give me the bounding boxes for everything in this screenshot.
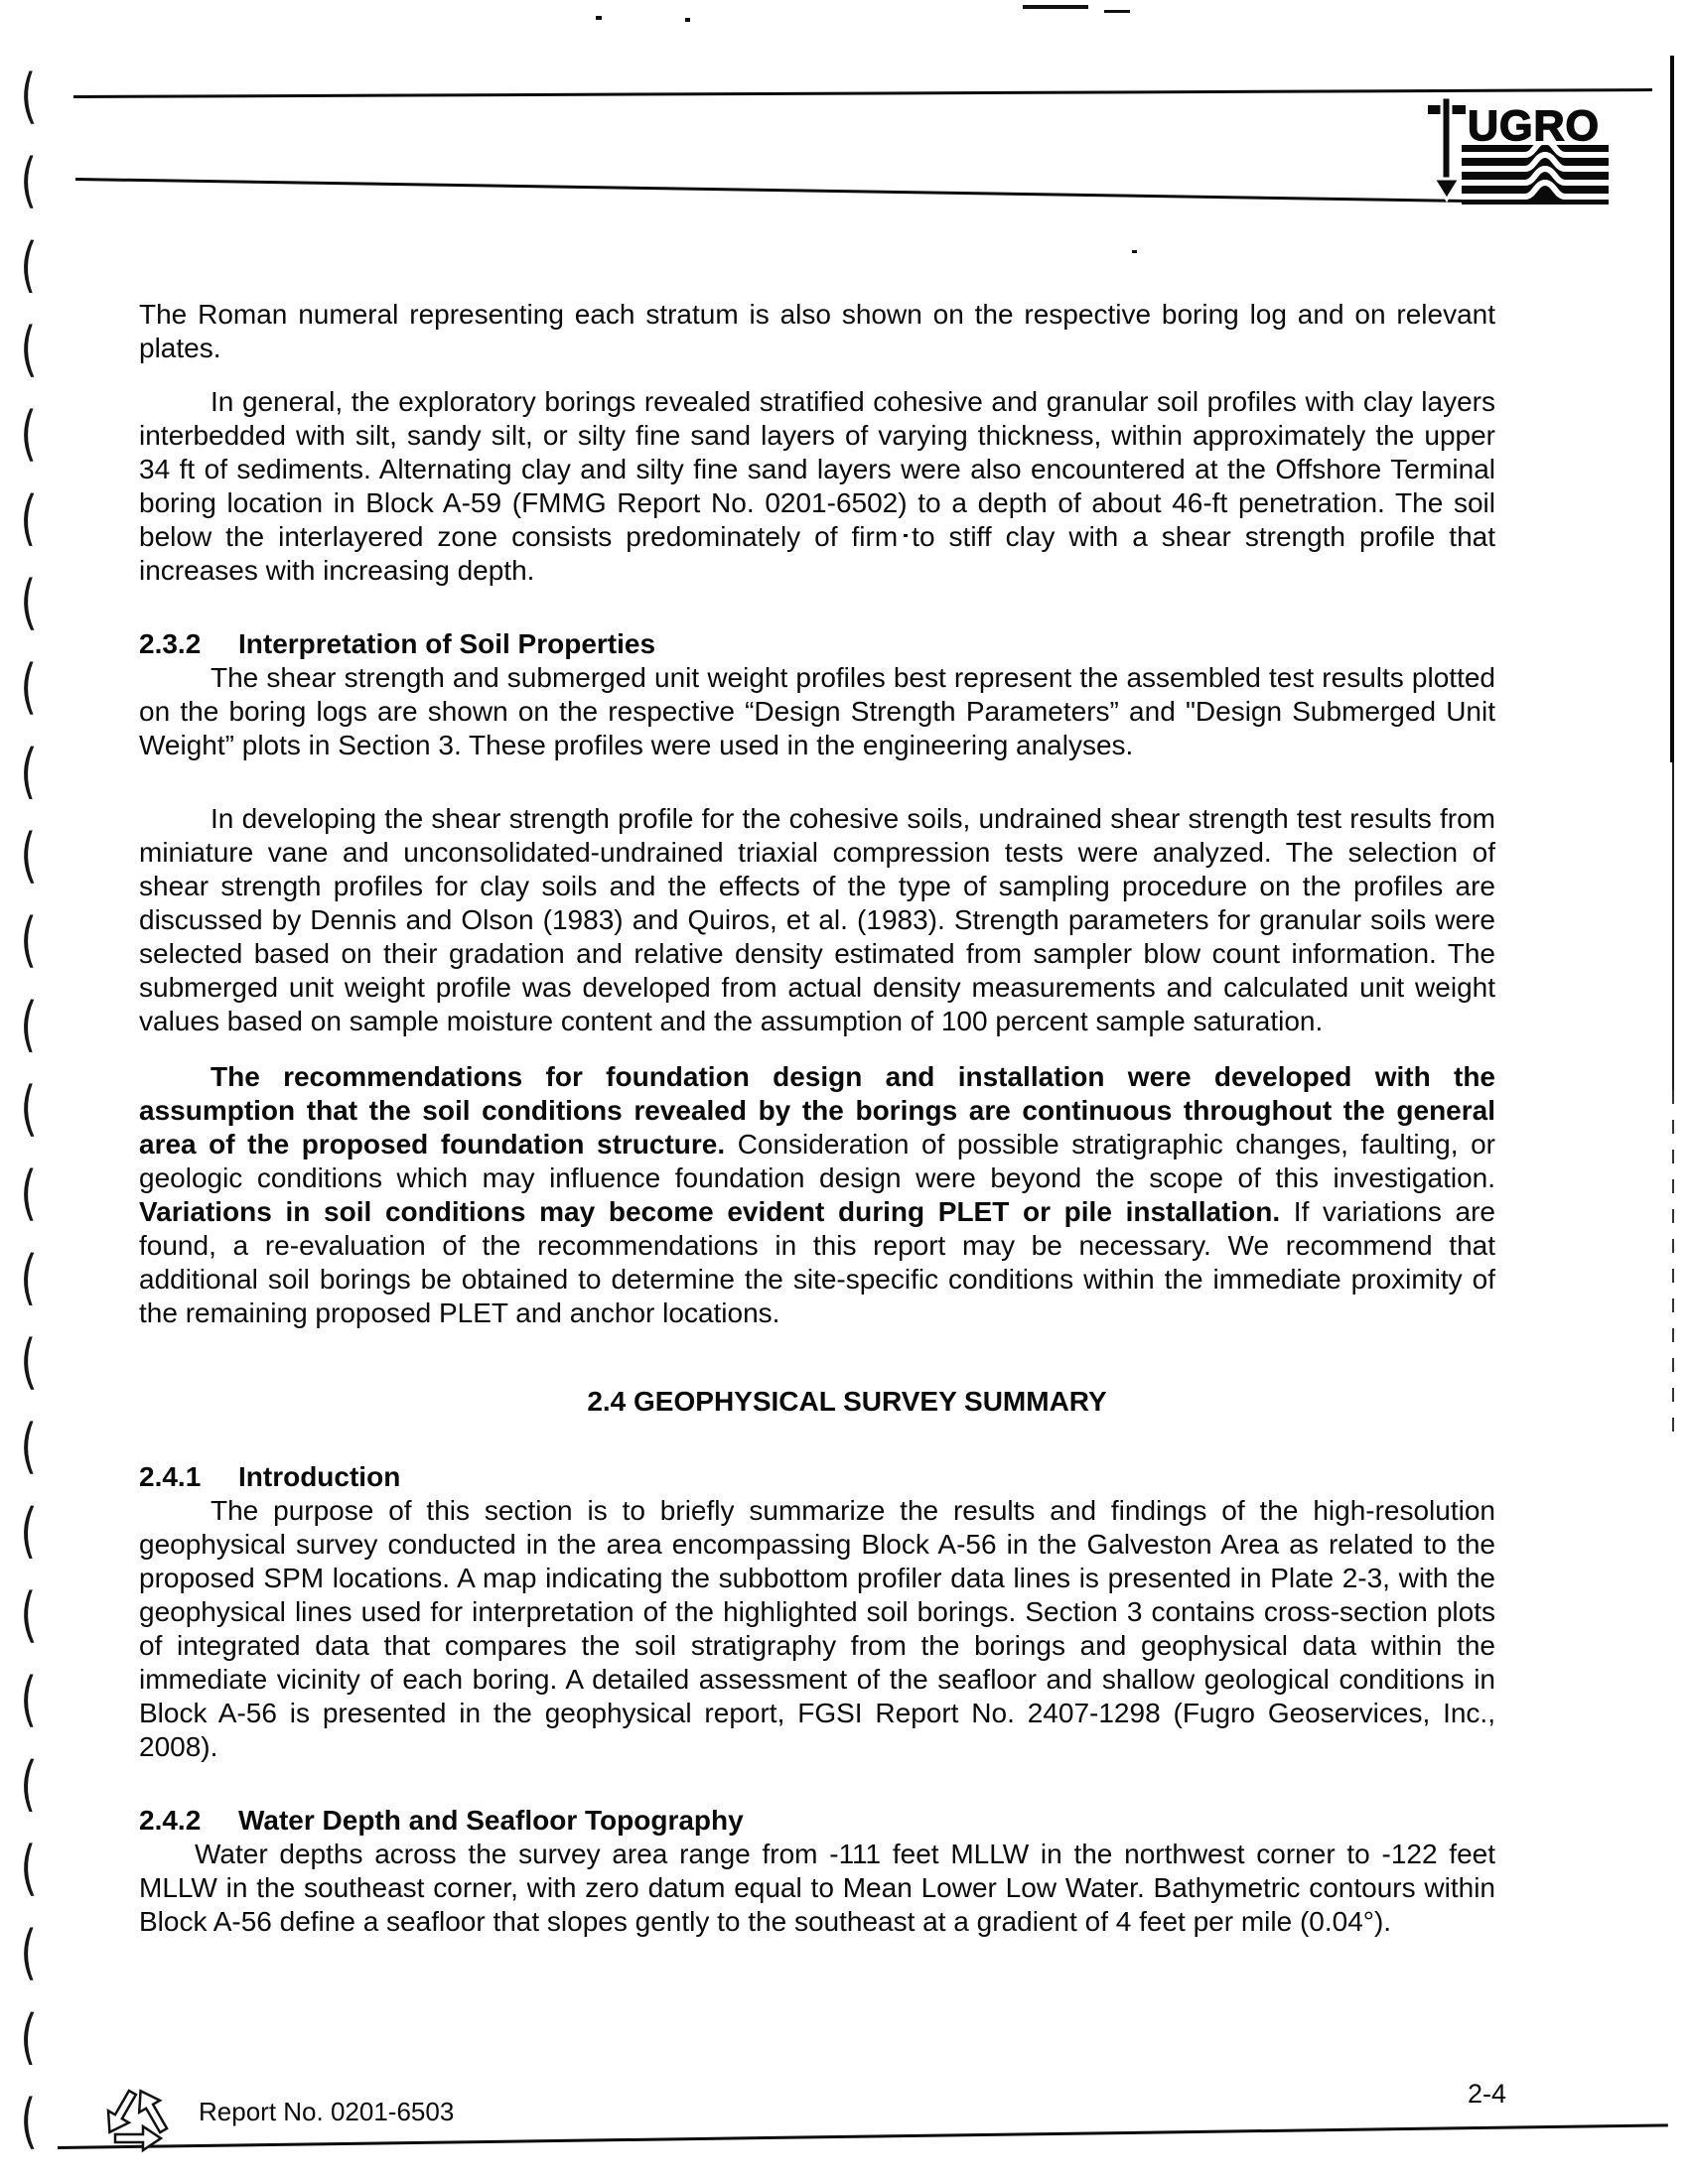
heading-2-4-1: 2.4.1Introduction bbox=[139, 1460, 1495, 1494]
binding-mark: ( bbox=[19, 1997, 42, 2076]
binding-mark: ( bbox=[21, 1914, 42, 1991]
heading-2-4-1-title: Introduction bbox=[238, 1461, 400, 1492]
binding-mark: ( bbox=[21, 648, 42, 726]
binding-mark: ( bbox=[19, 816, 42, 894]
paragraph-recommendations: The recommendations for foundation desig… bbox=[139, 1060, 1495, 1330]
recycle-icon bbox=[85, 2069, 189, 2177]
binding-mark: ( bbox=[19, 1069, 42, 1148]
body-column: The Roman numeral representing each stra… bbox=[139, 298, 1495, 1939]
heading-2-3-2-number: 2.3.2 bbox=[139, 627, 238, 661]
binding-mark: ( bbox=[21, 1155, 42, 1232]
binding-mark: ( bbox=[19, 1575, 42, 1654]
binding-mark: ( bbox=[19, 310, 42, 388]
paragraph-developing-profile: In developing the shear strength profile… bbox=[139, 802, 1495, 1038]
binding-mark: ( bbox=[19, 563, 42, 641]
scan-dash bbox=[1023, 5, 1088, 9]
binding-mark: ( bbox=[19, 1744, 42, 1823]
bold-run: Variations in soil conditions may become… bbox=[139, 1196, 1280, 1227]
right-scan-line-lower bbox=[1672, 762, 1674, 1090]
binding-mark: ( bbox=[19, 1238, 42, 1316]
binding-mark: ( bbox=[19, 732, 42, 810]
fugro-logo-text: UGRO bbox=[1468, 102, 1600, 150]
paragraph-purpose: The purpose of this section is to briefl… bbox=[139, 1494, 1495, 1764]
scanned-document-page: ((((((((((((((((((((((((( bbox=[0, 0, 1692, 2184]
right-scan-line-faded bbox=[1672, 1090, 1674, 1447]
fugro-f-arrow-icon bbox=[1428, 97, 1466, 200]
binding-mark: ( bbox=[19, 1491, 42, 1570]
footer-page-number: 2-4 bbox=[1468, 2079, 1506, 2110]
scan-speck bbox=[685, 18, 690, 22]
heading-2-3-2: 2.3.2Interpretation of Soil Properties bbox=[139, 627, 1495, 661]
heading-2-3-2-title: Interpretation of Soil Properties bbox=[238, 628, 655, 659]
binding-mark: ( bbox=[19, 1829, 42, 1907]
binding-mark: ( bbox=[19, 1322, 42, 1401]
scan-speck bbox=[596, 16, 602, 20]
binding-mark: ( bbox=[21, 395, 42, 473]
fugro-logo-graphic: UGRO bbox=[1422, 95, 1613, 208]
paragraph-shear-strength-profiles: The shear strength and submerged unit we… bbox=[139, 661, 1495, 762]
binding-mark: ( bbox=[21, 1408, 42, 1485]
binding-mark: ( bbox=[21, 142, 42, 219]
heading-2-4-2-title: Water Depth and Seafloor Topography bbox=[238, 1805, 744, 1836]
paragraph-general-borings: In general, the exploratory borings reve… bbox=[139, 385, 1495, 588]
top-rule-1 bbox=[73, 88, 1652, 98]
binding-mark: ( bbox=[19, 2082, 42, 2160]
footer-report-number: Report No. 0201-6503 bbox=[199, 2097, 454, 2127]
fugro-logo: UGRO bbox=[1422, 95, 1613, 208]
fugro-waves-icon bbox=[1462, 141, 1609, 205]
paragraph-roman-numeral: The Roman numeral representing each stra… bbox=[139, 298, 1495, 365]
heading-2-4-1-number: 2.4.1 bbox=[139, 1460, 238, 1494]
heading-2-4-2-number: 2.4.2 bbox=[139, 1804, 238, 1838]
binding-mark: ( bbox=[19, 225, 42, 304]
top-rule-2 bbox=[75, 178, 1595, 205]
paragraph-water-depths: Water depths across the survey area rang… bbox=[139, 1838, 1495, 1939]
binding-mark: ( bbox=[19, 57, 42, 135]
scan-dash bbox=[1104, 10, 1130, 13]
binding-mark: ( bbox=[21, 1661, 42, 1738]
heading-2-4-2: 2.4.2Water Depth and Seafloor Topography bbox=[139, 1804, 1495, 1838]
bottom-rule bbox=[58, 2123, 1668, 2149]
scan-speck bbox=[1132, 250, 1137, 253]
binding-mark: ( bbox=[21, 901, 42, 979]
binding-mark: ( bbox=[19, 478, 42, 557]
binding-mark: ( bbox=[19, 985, 42, 1063]
right-scan-line bbox=[1670, 56, 1674, 762]
heading-2-4: 2.4 GEOPHYSICAL SURVEY SUMMARY bbox=[199, 1385, 1495, 1419]
